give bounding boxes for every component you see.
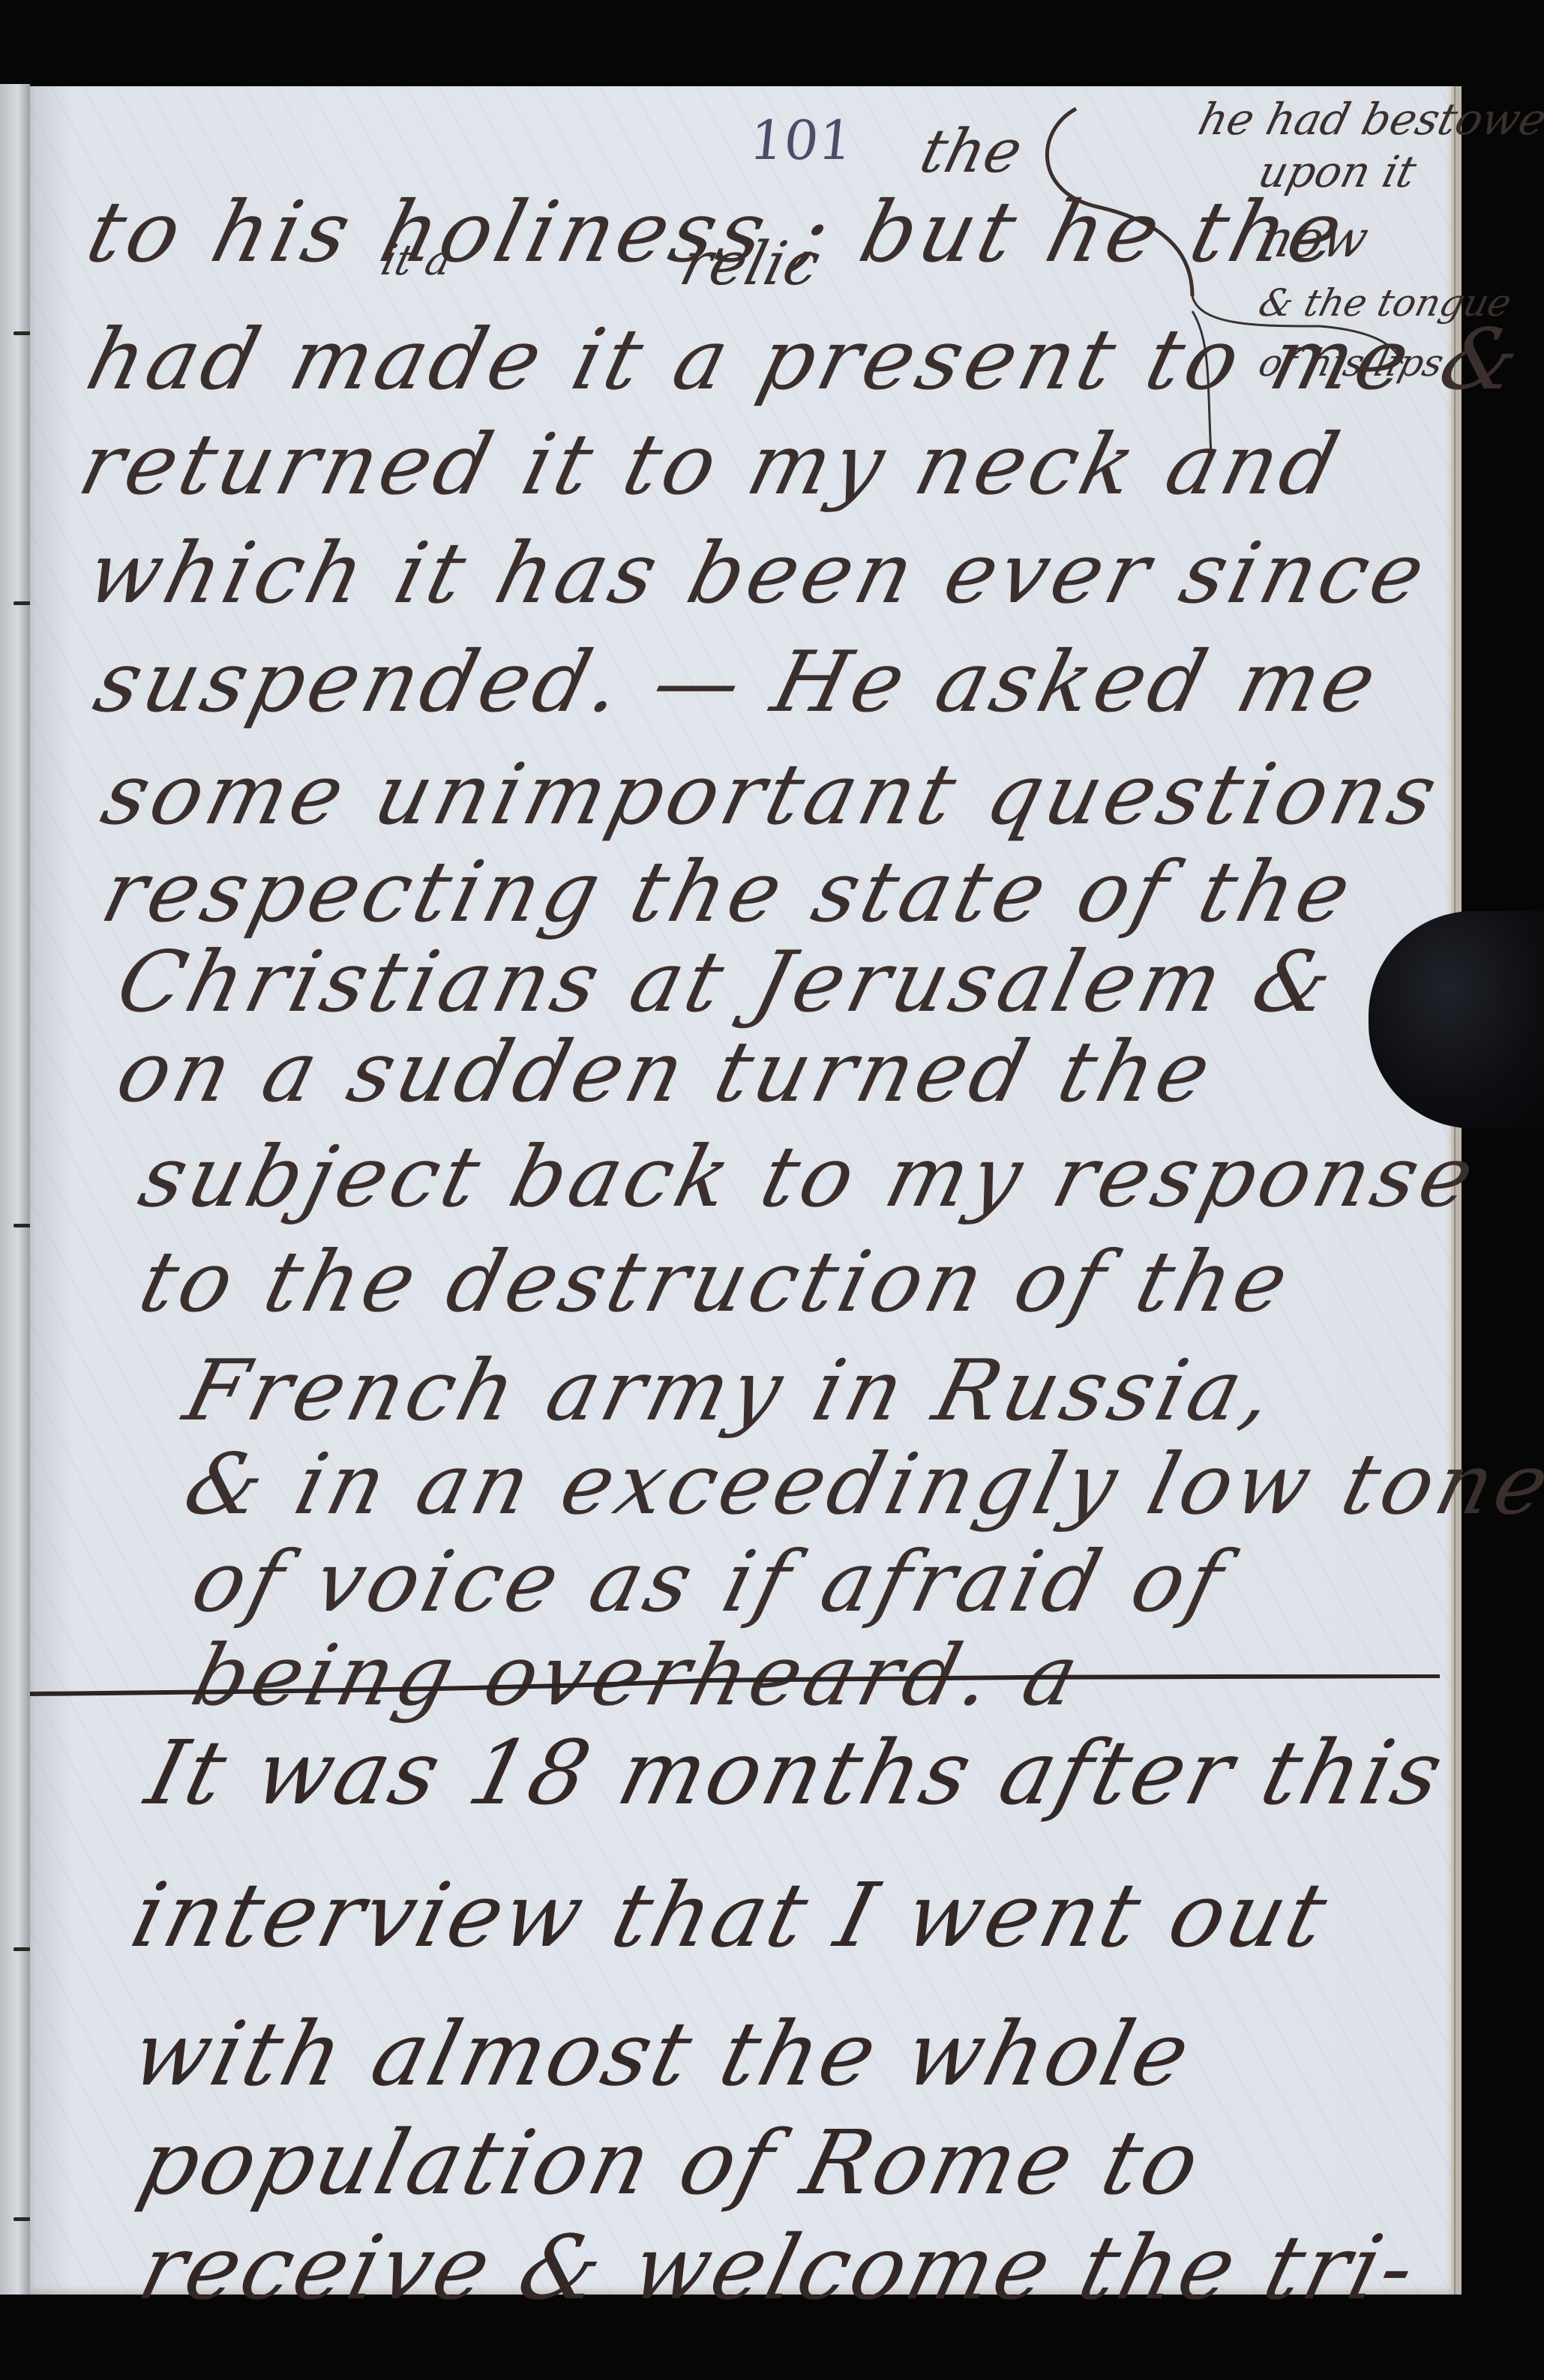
text-line: & in an exceedingly low tone — [175, 1436, 1544, 1533]
text-line: Christians at Jerusalem & — [108, 934, 1347, 1031]
text-line: French army in Russia, — [175, 1342, 1288, 1440]
text-line: which it has been ever since — [78, 525, 1439, 622]
text-line: had made it a present to me & — [78, 311, 1534, 409]
text-line: with almost the whole — [122, 2002, 1203, 2106]
text-line: of voice as if afraid of — [183, 1533, 1237, 1631]
text-line: on a sudden turned the — [108, 1024, 1225, 1121]
text-line: to the destruction of the — [130, 1233, 1302, 1331]
text-line: respecting the state of the — [93, 844, 1365, 941]
text-line: It was 18 months after this — [137, 1721, 1456, 1824]
text-line: subject back to my response — [130, 1129, 1488, 1226]
book-gutter — [0, 84, 30, 2295]
manuscript-page: 101 the it a relic he had bestowed upon … — [30, 86, 1456, 2295]
text-line: population of Rome to — [130, 2111, 1213, 2214]
margin-note-line: he had bestowed — [1194, 94, 1544, 145]
text-line: suspended. — He asked me — [85, 634, 1390, 731]
text-line: some unimportant questions — [93, 746, 1450, 844]
text-line: interview that I went out — [122, 1863, 1340, 1967]
section-divider-rule — [30, 1674, 1440, 1697]
text-line: to his holiness ; but he the — [78, 184, 1357, 281]
text-line: receive & welcome the tri- — [130, 2216, 1429, 2319]
text-line: returned it to my neck and — [70, 416, 1352, 514]
page-number: 101 — [747, 109, 856, 172]
